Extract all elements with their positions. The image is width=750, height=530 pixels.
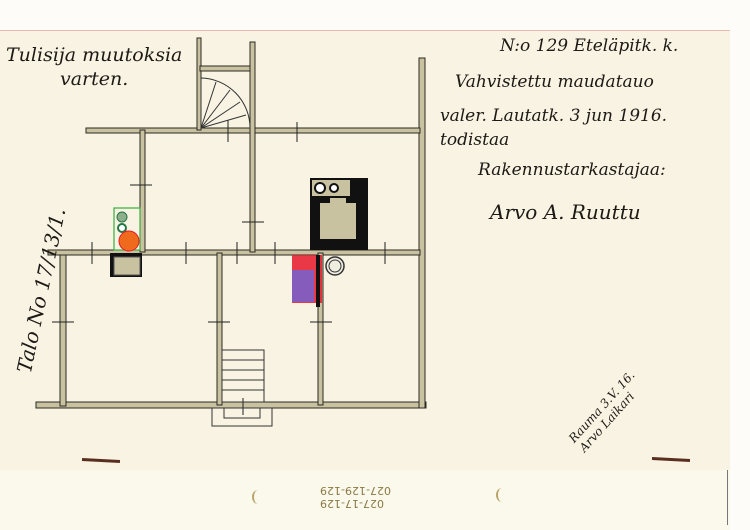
approval-signature: Arvo A. Ruuttu — [490, 200, 641, 224]
wall-left-room — [140, 130, 145, 252]
plan-title-line2: varten. — [60, 68, 128, 90]
archive-code-1: 027-17-129 — [320, 497, 391, 510]
stove-right — [310, 178, 368, 250]
approval-line-4: todistaa — [440, 130, 509, 150]
stove-left — [110, 208, 142, 277]
stair-wall-left — [197, 38, 201, 130]
wall-east — [419, 58, 425, 408]
wall-lower-mid — [217, 253, 222, 405]
punch-hole-left — [252, 490, 264, 504]
wall-west — [60, 252, 66, 406]
plan-title: Tulisija muutoksia — [6, 44, 182, 66]
archive-codes: 027-17-129 027-129-129 — [320, 484, 391, 510]
approval-line-1: N:o 129 Eteläpitk. k. — [500, 36, 678, 56]
approval-line-5: Rakennustarkastajaa: — [478, 160, 666, 180]
archive-code-2: 027-129-129 — [320, 484, 391, 497]
approval-line-2: Vahvistettu maudatauo — [455, 72, 654, 92]
wall-middle — [48, 250, 420, 255]
punch-hole-right — [496, 488, 508, 502]
wall-center-vertical — [250, 42, 255, 252]
approval-line-3: valer. Lautatk. 3 jun 1916. — [440, 106, 667, 126]
stove-highlighted — [292, 255, 344, 307]
spiral-stair — [201, 78, 250, 128]
stair-wall-top — [200, 66, 250, 71]
wall-south — [36, 402, 426, 408]
